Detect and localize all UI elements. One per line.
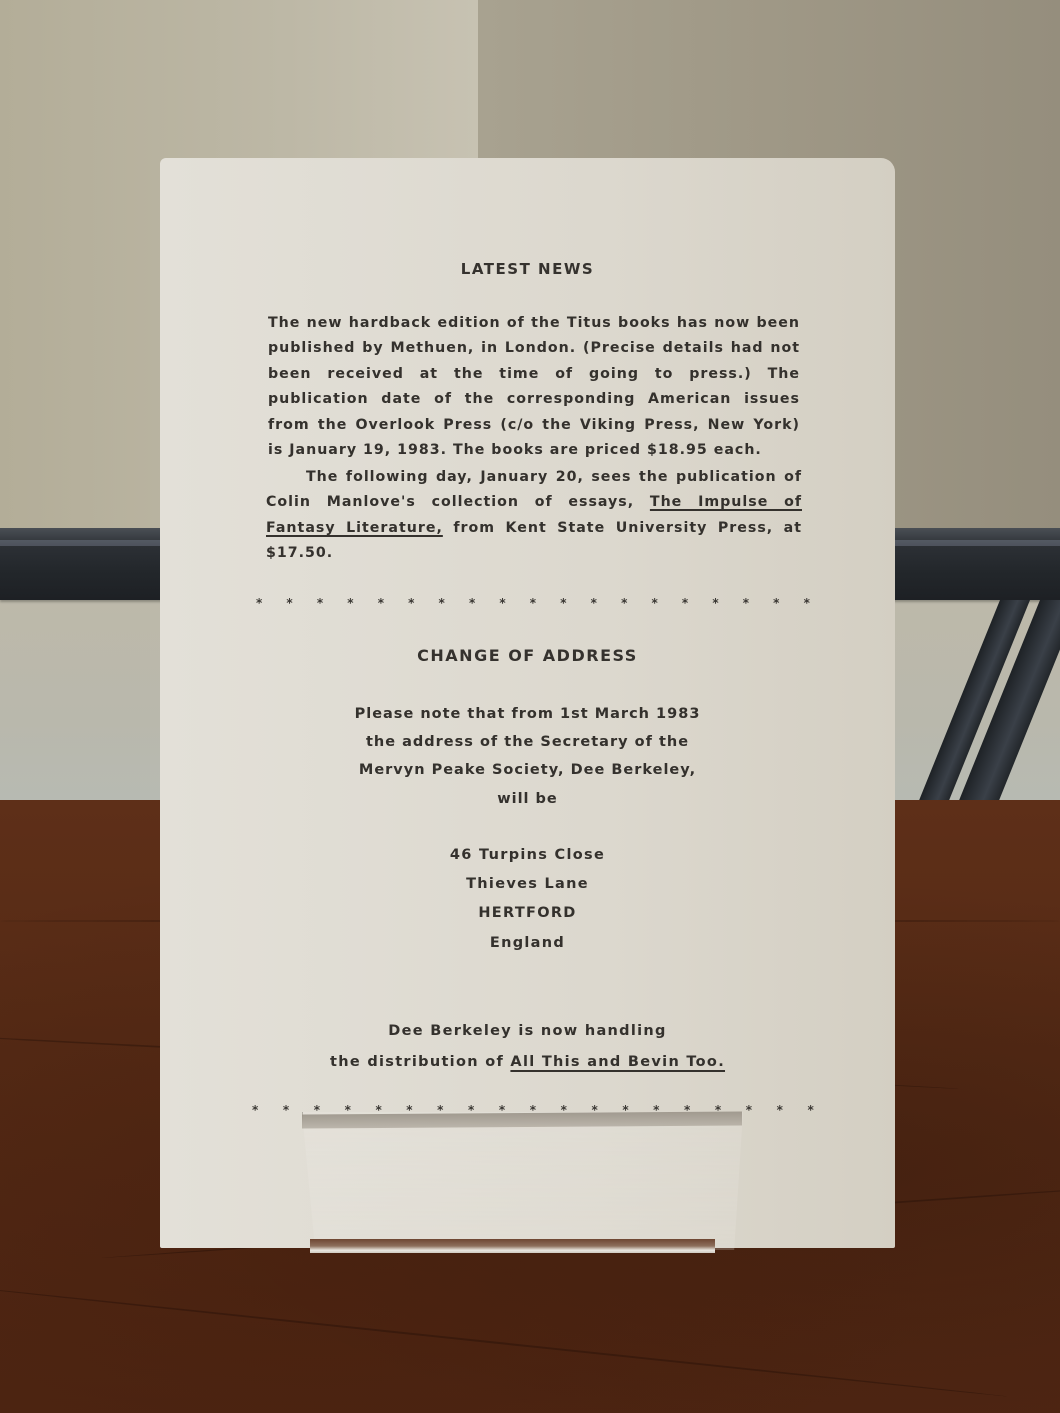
asterisk-icon: * (530, 596, 536, 610)
asterisk-icon: * (378, 596, 384, 610)
asterisk-icon: * (746, 1103, 752, 1117)
asterisk-icon: * (499, 596, 505, 610)
asterisk-icon: * (621, 596, 627, 610)
address-line: HERTFORD (160, 899, 895, 928)
distribution-line-2: the distribution of All This and Bevin T… (160, 1047, 895, 1078)
address-line: 46 Turpins Close (160, 841, 895, 870)
asterisk-icon: * (807, 1103, 813, 1117)
notice-line: Please note that from 1st March 1983 (160, 700, 895, 728)
asterisk-icon: * (286, 596, 292, 610)
distribution-line-1: Dee Berkeley is now handling (160, 1016, 895, 1047)
latest-news-paragraph-2: The following day, January 20, sees the … (266, 465, 802, 567)
asterisk-icon: * (439, 596, 445, 610)
latest-news-paragraph-1: The new hardback edition of the Titus bo… (268, 311, 800, 463)
notice-line: the address of the Secretary of the (160, 728, 895, 756)
asterisk-icon: * (317, 596, 323, 610)
asterisk-icon: * (651, 596, 657, 610)
distribution-line-2-text: the distribution of (330, 1054, 510, 1070)
asterisk-icon: * (743, 596, 749, 610)
asterisk-icon: * (252, 1103, 258, 1117)
address-change-notice: Please note that from 1st March 1983the … (160, 700, 895, 813)
notice-line: Mervyn Peake Society, Dee Berkeley, (160, 756, 895, 784)
acrylic-display-stand (302, 1112, 743, 1250)
stand-base (310, 1239, 715, 1253)
asterisk-icon: * (408, 596, 414, 610)
asterisk-icon: * (469, 596, 475, 610)
latest-news-heading: LATEST NEWS (160, 260, 895, 278)
asterisk-icon: * (804, 596, 810, 610)
distribution-notice: Dee Berkeley is now handling the distrib… (160, 1016, 895, 1078)
asterisk-icon: * (773, 596, 779, 610)
asterisk-icon: * (283, 1103, 289, 1117)
asterisk-icon: * (591, 596, 597, 610)
asterisk-icon: * (347, 596, 353, 610)
asterisk-icon: * (256, 596, 262, 610)
wood-grain (0, 1285, 1007, 1398)
change-of-address-heading: CHANGE OF ADDRESS (160, 646, 895, 665)
address-line: England (160, 929, 895, 958)
asterisk-icon: * (560, 596, 566, 610)
asterisk-icon: * (712, 596, 718, 610)
asterisk-icon: * (682, 596, 688, 610)
notice-line: will be (160, 785, 895, 813)
book-title-all-this-and-bevin-too: All This and Bevin Too. (510, 1054, 725, 1070)
asterisk-separator: ******************* (256, 595, 810, 611)
asterisk-icon: * (777, 1103, 783, 1117)
address-line: Thieves Lane (160, 870, 895, 899)
new-address: 46 Turpins CloseThieves LaneHERTFORDEngl… (160, 841, 895, 958)
